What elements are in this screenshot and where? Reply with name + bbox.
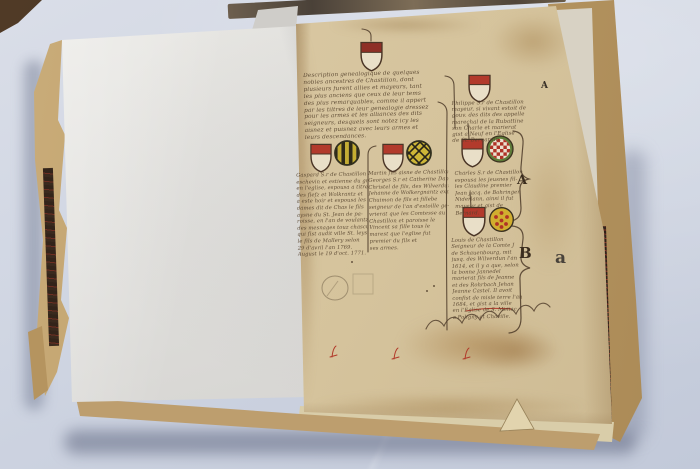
photo-of-open-manuscript-book: Description genealogique de quelquesnobl… [0,0,700,469]
index-letter-top: A [541,82,548,91]
index-letters-layer: AABa [0,0,700,469]
bracket-letter-A: A [517,174,527,187]
bracket-letter-B: B [519,246,532,261]
stamped-letter-a: a [555,250,566,267]
